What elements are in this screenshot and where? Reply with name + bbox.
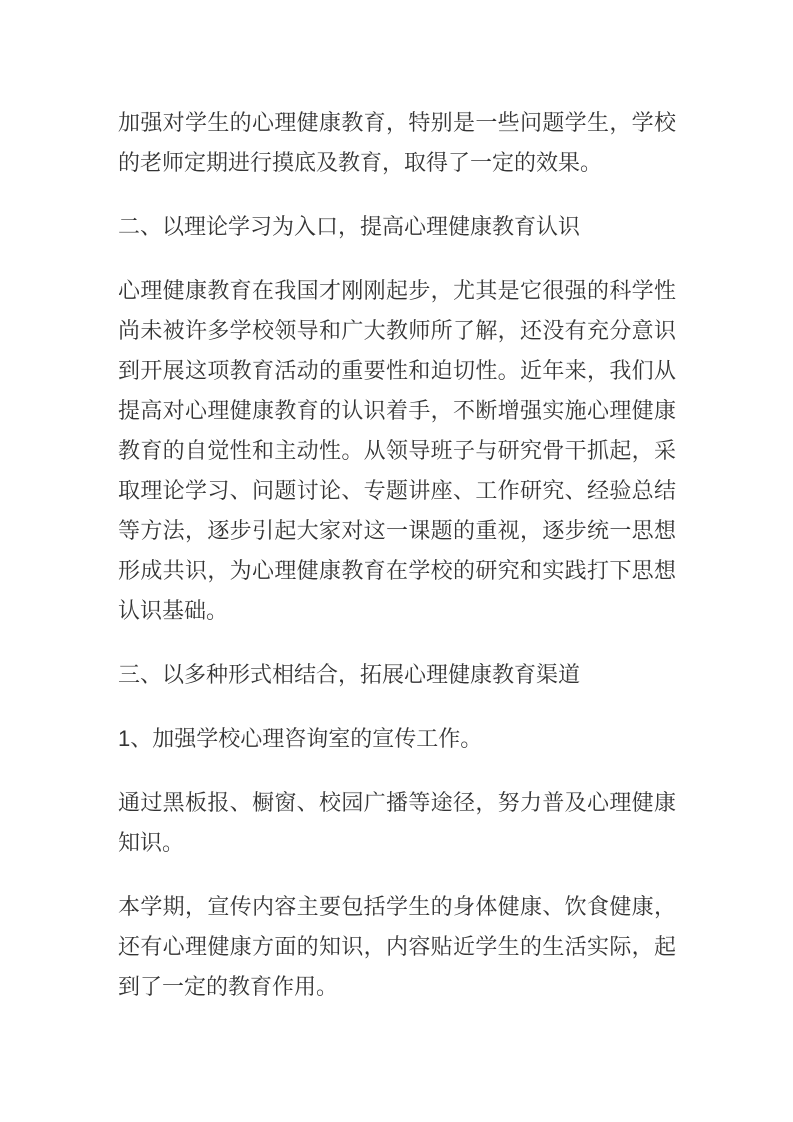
list-item-paragraph: 1、加强学校心理咨询室的宣传工作。 — [118, 719, 676, 759]
document-content: 加强对学生的心理健康教育，特别是一些问题学生，学校的老师定期进行摸底及教育，取得… — [118, 103, 676, 1007]
body-paragraph: 心理健康教育在我国才刚刚起步，尤其是它很强的科学性尚未被许多学校领导和广大教师所… — [118, 271, 676, 631]
document-page: 加强对学生的心理健康教育，特别是一些问题学生，学校的老师定期进行摸底及教育，取得… — [0, 0, 793, 1122]
body-paragraph: 加强对学生的心理健康教育，特别是一些问题学生，学校的老师定期进行摸底及教育，取得… — [118, 103, 676, 183]
body-paragraph: 通过黑板报、橱窗、校园广播等途径，努力普及心理健康知识。 — [118, 783, 676, 863]
section-heading: 三、以多种形式相结合，拓展心理健康教育渠道 — [118, 655, 676, 695]
section-heading: 二、以理论学习为入口，提高心理健康教育认识 — [118, 207, 676, 247]
body-paragraph: 本学期，宣传内容主要包括学生的身体健康、饮食健康，还有心理健康方面的知识，内容贴… — [118, 887, 676, 1007]
